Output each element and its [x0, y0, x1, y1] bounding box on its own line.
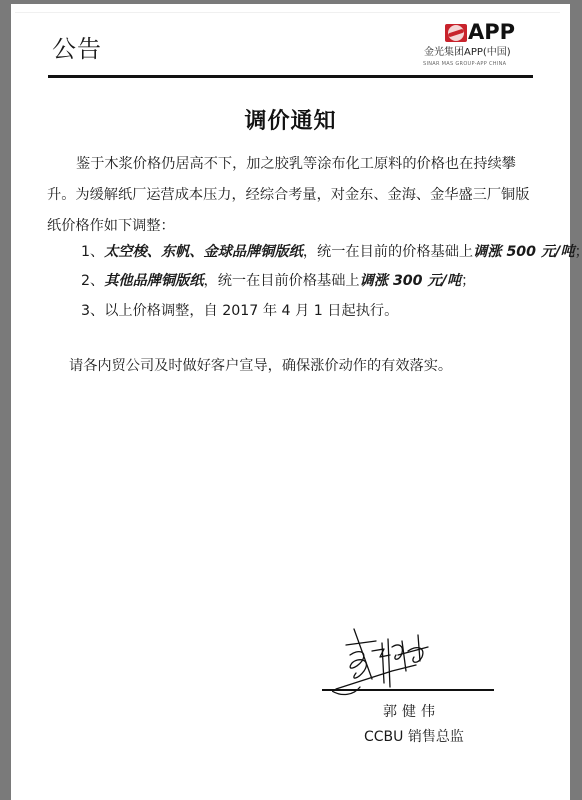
list-item-2: 2、其他品牌铜版纸，统一在目前价格基础上调涨 300 元/吨； — [81, 271, 475, 291]
closing-paragraph: 请各内贸公司及时做好客户宣导，确保涨价动作的有效落实。 — [69, 356, 452, 376]
item-text: ，统一在目前的价格基础上 — [303, 244, 473, 260]
item-adjustment: 调涨 500 元/吨 — [473, 244, 574, 260]
app-logo-mark-icon — [445, 24, 467, 42]
item-subject: 其他品牌铜版纸 — [104, 273, 203, 289]
item-number: 3、 — [81, 303, 104, 319]
logo-cn-name: 金光集团APP(中国) — [424, 47, 511, 59]
sheet-edge — [15, 12, 560, 13]
signature-line — [322, 689, 494, 691]
header-title: 公告 — [52, 34, 102, 64]
document-title: 调价通知 — [11, 108, 570, 136]
header-divider — [48, 75, 533, 78]
item-adjustment: 调涨 300 元/吨 — [360, 273, 461, 289]
list-item-3: 3、以上价格调整，自 2017 年 4 月 1 日起执行。 — [81, 301, 398, 321]
intro-paragraph: 鉴于木浆价格仍居高不下，加之胶乳等涂布化工原料的价格也在持续攀升。为缓解纸厂运营… — [47, 149, 537, 242]
item-subject: 太空梭、东帆、金球品牌铜版纸 — [104, 244, 303, 260]
logo-brand-text: APP — [468, 21, 515, 43]
company-logo: APP 金光集团APP(中国) SINAR MAS GROUP-APP CHIN… — [406, 24, 536, 70]
item-number: 1、 — [81, 244, 104, 260]
list-item-1: 1、太空梭、东帆、金球品牌铜版纸，统一在目前的价格基础上调涨 500 元/吨； — [81, 242, 582, 262]
item-number: 2、 — [81, 273, 104, 289]
item-text: 以上价格调整，自 2017 年 4 月 1 日起执行。 — [104, 303, 398, 319]
signer-title: CCBU 销售总监 — [364, 727, 464, 747]
logo-en-name: SINAR MAS GROUP-APP CHINA — [423, 61, 506, 67]
signer-name: 郭健伟 — [383, 702, 440, 722]
document-sheet: 公告 APP 金光集团APP(中国) SINAR MAS GROUP-APP C… — [11, 4, 570, 800]
item-end: ； — [461, 273, 475, 289]
item-text: ，统一在目前价格基础上 — [204, 273, 360, 289]
item-end: ； — [575, 244, 582, 260]
